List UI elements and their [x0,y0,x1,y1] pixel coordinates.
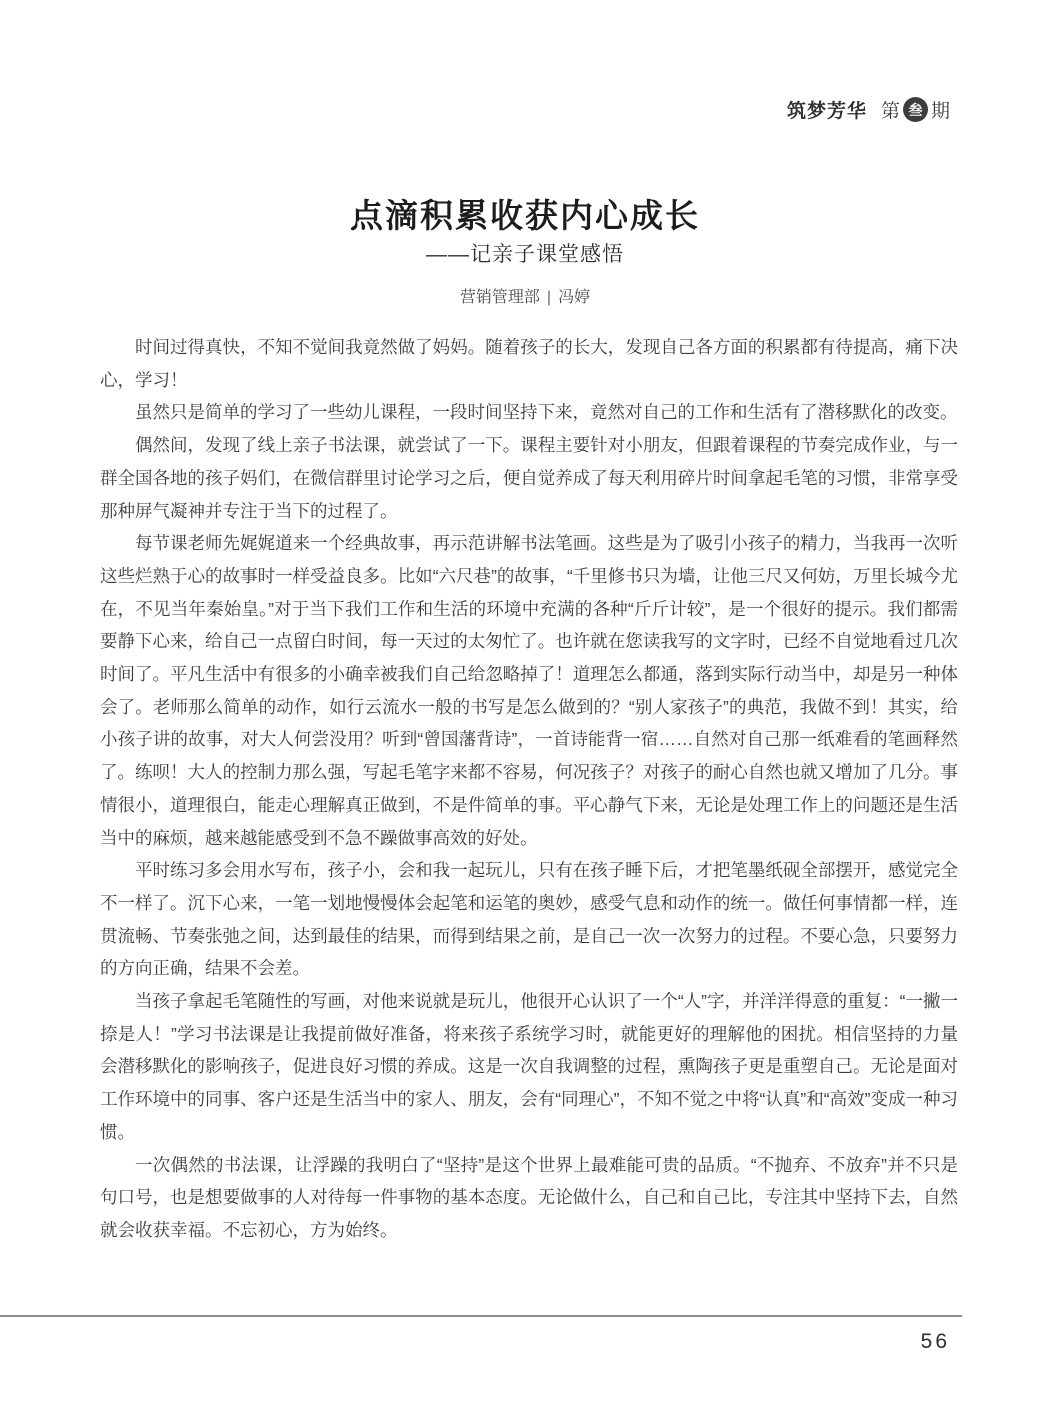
article-title: 点滴积累收获内心成长 [0,190,1050,237]
article-paragraph: 一次偶然的书法课，让浮躁的我明白了“坚持”是这个世界上最难能可贵的品质。“不抛弃… [100,1149,958,1247]
byline-department: 营销管理部 [460,289,540,306]
article-paragraph: 当孩子拿起毛笔随性的写画，对他来说就是玩儿，他很开心认识了一个“人”字，并洋洋得… [100,985,958,1149]
article-paragraph: 虽然只是简单的学习了一些幼儿课程，一段时间坚持下来，竟然对自己的工作和生活有了潜… [100,396,958,429]
issue-prefix: 第 [881,96,900,123]
article-paragraph: 偶然间，发现了线上亲子书法课，就尝试了一下。课程主要针对小朋友，但跟着课程的节奏… [100,429,958,527]
byline-separator: | [540,289,558,306]
issue-label: 第 叁 期 [881,96,950,123]
article-byline: 营销管理部|冯婷 [0,284,1050,307]
journal-name: 筑梦芳华 [787,96,867,123]
footer-divider [0,1315,962,1317]
article-paragraph: 每节课老师先娓娓道来一个经典故事，再示范讲解书法笔画。这些是为了吸引小孩子的精力… [100,527,958,854]
issue-number-badge: 叁 [903,97,928,122]
page-number: 56 [921,1330,950,1354]
magazine-page: 筑梦芳华 第 叁 期 点滴积累收获内心成长 ——记亲子课堂感悟 营销管理部|冯婷… [0,0,1050,1417]
article-body: 时间过得真快，不知不觉间我竟然做了妈妈。随着孩子的长大，发现自己各方面的积累都有… [100,331,958,1247]
article-subtitle: ——记亲子课堂感悟 [0,238,1050,268]
byline-author: 冯婷 [558,289,590,306]
article-paragraph: 时间过得真快，不知不觉间我竟然做了妈妈。随着孩子的长大，发现自己各方面的积累都有… [100,331,958,396]
article-paragraph: 平时练习多会用水写布，孩子小，会和我一起玩儿，只有在孩子睡下后，才把笔墨纸砚全部… [100,854,958,985]
journal-header: 筑梦芳华 第 叁 期 [787,96,950,123]
issue-suffix: 期 [931,96,950,123]
